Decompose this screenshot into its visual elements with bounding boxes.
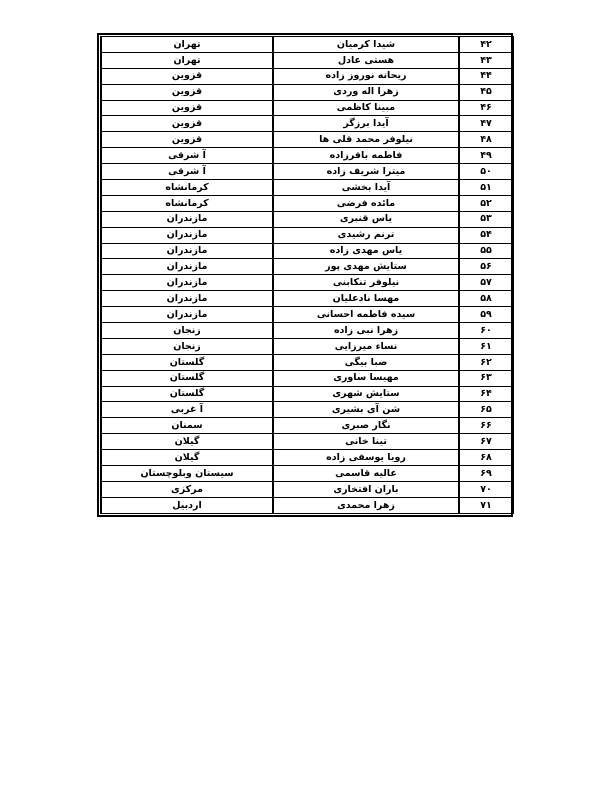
row-number-cell: ۶۲ [459,354,513,370]
name-cell: میترا شریف زاده [273,164,459,180]
province-cell: آ شرقی [101,164,273,180]
name-cell: یاس مهدی زاده [273,243,459,259]
table-body: ۴۲ شیدا کرمیان تهران ۴۳ هستی عادل تهران … [101,37,513,514]
row-number-cell: ۴۹ [459,148,513,164]
table-row: ۶۷ تینا خانی گیلان [101,434,513,450]
row-number-cell: ۶۰ [459,323,513,339]
row-number-cell: ۶۵ [459,402,513,418]
table-row: ۵۱ آیدا بخشی کرمانشاه [101,180,513,196]
name-cell: صبا بیگی [273,354,459,370]
table-row: ۵۸ مهسا نادعلیان مازندران [101,291,513,307]
row-number-cell: ۶۳ [459,370,513,386]
name-cell: ریحانه نوروز زاده [273,68,459,84]
name-cell: فاطمه باقرزاده [273,148,459,164]
table-row: ۶۹ عالیه قاسمی سیستان وبلوچستان [101,466,513,482]
province-cell: سیستان وبلوچستان [101,466,273,482]
province-cell: آ غربی [101,402,273,418]
table-row: ۴۶ مبینا کاظمی قزوین [101,100,513,116]
name-cell: مبینا کاظمی [273,100,459,116]
row-number-cell: ۴۳ [459,52,513,68]
name-cell: زهرا اله وردی [273,84,459,100]
table-row: ۵۹ سیده فاطمه احسانی مازندران [101,307,513,323]
table-row: ۴۵ زهرا اله وردی قزوین [101,84,513,100]
row-number-cell: ۵۴ [459,227,513,243]
name-cell: شن آی بشیری [273,402,459,418]
table-row: ۵۵ یاس مهدی زاده مازندران [101,243,513,259]
table-row: ۶۲ صبا بیگی گلستان [101,354,513,370]
participants-table: ۴۲ شیدا کرمیان تهران ۴۳ هستی عادل تهران … [97,33,513,517]
name-cell: تینا خانی [273,434,459,450]
row-number-cell: ۵۹ [459,307,513,323]
name-cell: شیدا کرمیان [273,37,459,53]
name-cell: ترنم رشیدی [273,227,459,243]
row-number-cell: ۴۷ [459,116,513,132]
name-cell: آیدا بخشی [273,180,459,196]
row-number-cell: ۵۱ [459,180,513,196]
province-cell: قزوین [101,68,273,84]
province-cell: قزوین [101,132,273,148]
row-number-cell: ۴۵ [459,84,513,100]
province-cell: زنجان [101,323,273,339]
table-row: ۶۳ مهیسا ساوری گلستان [101,370,513,386]
province-cell: گلستان [101,354,273,370]
province-cell: مازندران [101,275,273,291]
province-cell: تهران [101,37,273,53]
province-cell: اردبیل [101,497,273,513]
table-row: ۴۳ هستی عادل تهران [101,52,513,68]
row-number-cell: ۷۰ [459,481,513,497]
row-number-cell: ۶۴ [459,386,513,402]
province-cell: مازندران [101,259,273,275]
row-number-cell: ۵۶ [459,259,513,275]
table-row: ۶۴ ستایش شهری گلستان [101,386,513,402]
province-cell: مازندران [101,307,273,323]
roster-table: ۴۲ شیدا کرمیان تهران ۴۳ هستی عادل تهران … [100,36,514,514]
name-cell: هستی عادل [273,52,459,68]
table-row: ۴۹ فاطمه باقرزاده آ شرقی [101,148,513,164]
document-page: ۴۲ شیدا کرمیان تهران ۴۳ هستی عادل تهران … [0,0,612,792]
row-number-cell: ۶۹ [459,466,513,482]
name-cell: نیلوفر تنکابنی [273,275,459,291]
table-row: ۶۵ شن آی بشیری آ غربی [101,402,513,418]
name-cell: مهسا نادعلیان [273,291,459,307]
name-cell: عالیه قاسمی [273,466,459,482]
province-cell: گیلان [101,450,273,466]
province-cell: گلستان [101,386,273,402]
province-cell: مازندران [101,243,273,259]
row-number-cell: ۴۸ [459,132,513,148]
province-cell: کرمانشاه [101,180,273,196]
row-number-cell: ۵۰ [459,164,513,180]
table-row: ۶۶ نگار صبری سمنان [101,418,513,434]
name-cell: یاس قنبری [273,211,459,227]
province-cell: سمنان [101,418,273,434]
province-cell: مرکزی [101,481,273,497]
row-number-cell: ۴۴ [459,68,513,84]
name-cell: نیلوفر محمد قلی ها [273,132,459,148]
row-number-cell: ۵۳ [459,211,513,227]
table-row: ۷۱ زهرا محمدی اردبیل [101,497,513,513]
province-cell: گلستان [101,370,273,386]
province-cell: مازندران [101,211,273,227]
name-cell: زهرا محمدی [273,497,459,513]
table-row: ۵۰ میترا شریف زاده آ شرقی [101,164,513,180]
province-cell: زنجان [101,338,273,354]
table-row: ۴۴ ریحانه نوروز زاده قزوین [101,68,513,84]
table-row: ۵۷ نیلوفر تنکابنی مازندران [101,275,513,291]
province-cell: مازندران [101,291,273,307]
province-cell: قزوین [101,84,273,100]
table-row: ۵۶ ستایش مهدی پور مازندران [101,259,513,275]
table-row: ۵۴ ترنم رشیدی مازندران [101,227,513,243]
row-number-cell: ۵۲ [459,195,513,211]
table-row: ۵۲ مائده فرضی کرمانشاه [101,195,513,211]
table-row: ۴۲ شیدا کرمیان تهران [101,37,513,53]
name-cell: باران افتخاری [273,481,459,497]
province-cell: کرمانشاه [101,195,273,211]
name-cell: نساء میرزایی [273,338,459,354]
row-number-cell: ۶۷ [459,434,513,450]
row-number-cell: ۵۸ [459,291,513,307]
name-cell: مهیسا ساوری [273,370,459,386]
table-row: ۵۳ یاس قنبری مازندران [101,211,513,227]
province-cell: تهران [101,52,273,68]
name-cell: سیده فاطمه احسانی [273,307,459,323]
row-number-cell: ۶۱ [459,338,513,354]
name-cell: مائده فرضی [273,195,459,211]
name-cell: رویا یوسفی زاده [273,450,459,466]
table-row: ۴۷ آیدا برزگر قزوین [101,116,513,132]
row-number-cell: ۵۷ [459,275,513,291]
table-row: ۷۰ باران افتخاری مرکزی [101,481,513,497]
name-cell: زهرا نبی زاده [273,323,459,339]
row-number-cell: ۶۶ [459,418,513,434]
name-cell: ستایش مهدی پور [273,259,459,275]
table-row: ۴۸ نیلوفر محمد قلی ها قزوین [101,132,513,148]
province-cell: آ شرقی [101,148,273,164]
province-cell: مازندران [101,227,273,243]
name-cell: آیدا برزگر [273,116,459,132]
row-number-cell: ۴۲ [459,37,513,53]
table-row: ۶۱ نساء میرزایی زنجان [101,338,513,354]
name-cell: نگار صبری [273,418,459,434]
row-number-cell: ۷۱ [459,497,513,513]
name-cell: ستایش شهری [273,386,459,402]
row-number-cell: ۵۵ [459,243,513,259]
province-cell: قزوین [101,100,273,116]
province-cell: گیلان [101,434,273,450]
row-number-cell: ۶۸ [459,450,513,466]
table-row: ۶۰ زهرا نبی زاده زنجان [101,323,513,339]
row-number-cell: ۴۶ [459,100,513,116]
province-cell: قزوین [101,116,273,132]
table-row: ۶۸ رویا یوسفی زاده گیلان [101,450,513,466]
